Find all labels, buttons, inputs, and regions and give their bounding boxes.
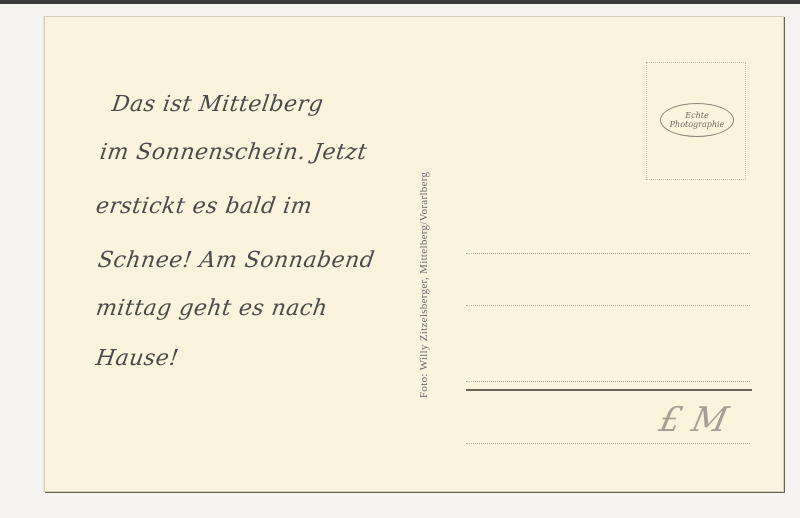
- handwritten-line-1: Das ist Mittelberg: [110, 92, 325, 117]
- pencil-price-mark: £ M: [656, 400, 732, 440]
- handwritten-line-2: im Sonnenschein. Jetzt: [98, 140, 368, 165]
- handwritten-line-6: Hause!: [94, 346, 180, 371]
- echte-photographie-seal: Echte Photographie: [660, 103, 734, 137]
- address-line-1: [466, 253, 750, 254]
- address-line-2: [466, 305, 750, 306]
- photo-credit: Foto: Willy Zitzelsberger, Mittelberg/Vo…: [418, 172, 430, 398]
- handwritten-line-3: erstickt es bald im: [94, 194, 314, 219]
- seal-line-1: Echte: [685, 111, 708, 120]
- handwritten-line-5: mittag geht es nach: [94, 296, 329, 321]
- address-underline: [466, 389, 752, 391]
- handwritten-line-4: Schnee! Am Sonnabend: [96, 248, 376, 273]
- address-line-3: [466, 381, 750, 382]
- seal-line-2: Photographie: [670, 120, 725, 129]
- scan-top-edge: [0, 0, 800, 4]
- address-line-4: [466, 443, 750, 444]
